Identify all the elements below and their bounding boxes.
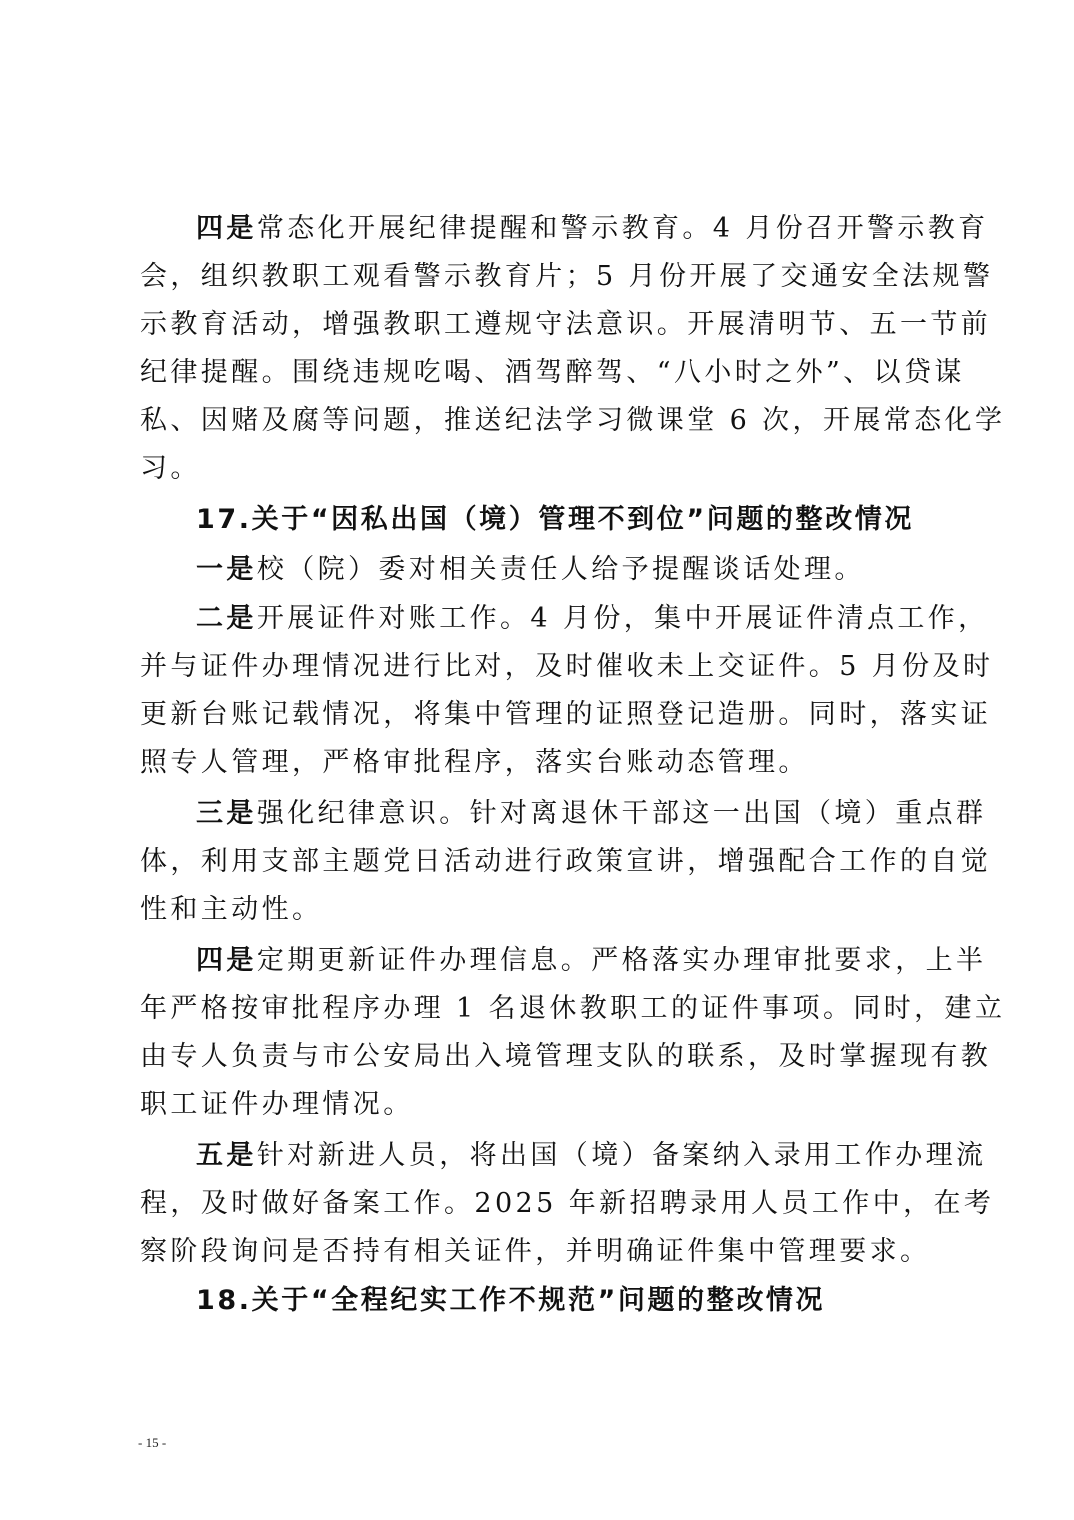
paragraph-line: 二是开展证件对账工作。4 月份，集中开展证件清点工作， bbox=[196, 595, 940, 643]
paragraph-line: 纪律提醒。围绕违规吃喝、酒驾醉驾、“八小时之外”、以贷谋 bbox=[140, 349, 940, 397]
section-heading-17: 17.关于“因私出国（境）管理不到位”问题的整改情况 bbox=[196, 496, 996, 544]
paragraph-line: 程，及时做好备案工作。2025 年新招聘录用人员工作中，在考 bbox=[140, 1180, 940, 1228]
paragraph-text: 年严格按审批程序办理 1 名退休教职工的证件事项。同时，建立 bbox=[140, 993, 1005, 1024]
paragraph-lead: 五是 bbox=[196, 1140, 257, 1171]
paragraph-text: 强化纪律意识。针对离退休干部这一出国（境）重点群 bbox=[257, 798, 987, 829]
paragraph-text: 体，利用支部主题党日活动进行政策宣讲，增强配合工作的自觉 bbox=[140, 846, 991, 877]
paragraph-line: 习。 bbox=[140, 445, 940, 493]
heading-text: 18.关于“全程纪实工作不规范”问题的整改情况 bbox=[196, 1285, 825, 1316]
paragraph-lead: 一是 bbox=[196, 554, 257, 585]
paragraph-text: 纪律提醒。围绕违规吃喝、酒驾醉驾、“八小时之外”、以贷谋 bbox=[140, 357, 965, 388]
paragraph-text: 针对新进人员，将出国（境）备案纳入录用工作办理流 bbox=[257, 1140, 987, 1171]
paragraph-line: 会，组织教职工观看警示教育片；5 月份开展了交通安全法规警 bbox=[140, 253, 940, 301]
paragraph-line: 察阶段询问是否持有相关证件，并明确证件集中管理要求。 bbox=[140, 1228, 940, 1276]
paragraph-text: 开展证件对账工作。4 月份，集中开展证件清点工作， bbox=[257, 603, 989, 634]
paragraph-line: 四是常态化开展纪律提醒和警示教育。4 月份召开警示教育 bbox=[196, 205, 940, 253]
paragraph-line: 更新台账记载情况，将集中管理的证照登记造册。同时，落实证 bbox=[140, 691, 940, 739]
paragraph-lead: 三是 bbox=[196, 798, 257, 829]
paragraph-line: 并与证件办理情况进行比对，及时催收未上交证件。5 月份及时 bbox=[140, 643, 940, 691]
paragraph-line: 性和主动性。 bbox=[140, 886, 940, 934]
paragraph-line: 照专人管理，严格审批程序，落实台账动态管理。 bbox=[140, 739, 940, 787]
paragraph-line: 职工证件办理情况。 bbox=[140, 1081, 940, 1129]
paragraph-line: 一是校（院）委对相关责任人给予提醒谈话处理。 bbox=[196, 546, 996, 594]
paragraph-text: 职工证件办理情况。 bbox=[140, 1089, 414, 1120]
paragraph-text: 更新台账记载情况，将集中管理的证照登记造册。同时，落实证 bbox=[140, 699, 991, 730]
paragraph-text: 照专人管理，严格审批程序，落实台账动态管理。 bbox=[140, 747, 809, 778]
paragraph-text: 习。 bbox=[140, 453, 201, 484]
paragraph-line: 四是定期更新证件办理信息。严格落实办理审批要求，上半 bbox=[196, 937, 940, 985]
paragraph-text: 并与证件办理情况进行比对，及时催收未上交证件。5 月份及时 bbox=[140, 651, 993, 682]
paragraph-text: 示教育活动，增强教职工遵规守法意识。开展清明节、五一节前 bbox=[140, 309, 991, 340]
paragraph-line: 五是针对新进人员，将出国（境）备案纳入录用工作办理流 bbox=[196, 1132, 940, 1180]
paragraph-text: 定期更新证件办理信息。严格落实办理审批要求，上半 bbox=[257, 945, 987, 976]
paragraph-text: 察阶段询问是否持有相关证件，并明确证件集中管理要求。 bbox=[140, 1236, 930, 1267]
paragraph-lead: 四是 bbox=[196, 213, 257, 244]
paragraph-lead: 四是 bbox=[196, 945, 257, 976]
paragraph-line: 三是强化纪律意识。针对离退休干部这一出国（境）重点群 bbox=[196, 790, 940, 838]
paragraph-line: 示教育活动，增强教职工遵规守法意识。开展清明节、五一节前 bbox=[140, 301, 940, 349]
paragraph-line: 体，利用支部主题党日活动进行政策宣讲，增强配合工作的自觉 bbox=[140, 838, 940, 886]
paragraph-text: 私、因赌及腐等问题，推送纪法学习微课堂 6 次，开展常态化学 bbox=[140, 405, 1005, 436]
paragraph-line: 年严格按审批程序办理 1 名退休教职工的证件事项。同时，建立 bbox=[140, 985, 940, 1033]
document-page: 四是常态化开展纪律提醒和警示教育。4 月份召开警示教育 会，组织教职工观看警示教… bbox=[0, 0, 1074, 1520]
paragraph-text: 常态化开展纪律提醒和警示教育。4 月份召开警示教育 bbox=[257, 213, 989, 244]
paragraph-text: 性和主动性。 bbox=[140, 894, 322, 925]
paragraph-lead: 二是 bbox=[196, 603, 257, 634]
paragraph-text: 会，组织教职工观看警示教育片；5 月份开展了交通安全法规警 bbox=[140, 261, 993, 292]
paragraph-text: 程，及时做好备案工作。2025 年新招聘录用人员工作中，在考 bbox=[140, 1188, 994, 1219]
paragraph-line: 私、因赌及腐等问题，推送纪法学习微课堂 6 次，开展常态化学 bbox=[140, 397, 940, 445]
heading-text: 17.关于“因私出国（境）管理不到位”问题的整改情况 bbox=[196, 504, 914, 535]
paragraph-line: 由专人负责与市公安局出入境管理支队的联系，及时掌握现有教 bbox=[140, 1033, 940, 1081]
paragraph-text: 校（院）委对相关责任人给予提醒谈话处理。 bbox=[257, 554, 865, 585]
section-heading-18: 18.关于“全程纪实工作不规范”问题的整改情况 bbox=[196, 1277, 996, 1325]
page-number: - 15 - bbox=[138, 1435, 166, 1451]
paragraph-text: 由专人负责与市公安局出入境管理支队的联系，及时掌握现有教 bbox=[140, 1041, 991, 1072]
